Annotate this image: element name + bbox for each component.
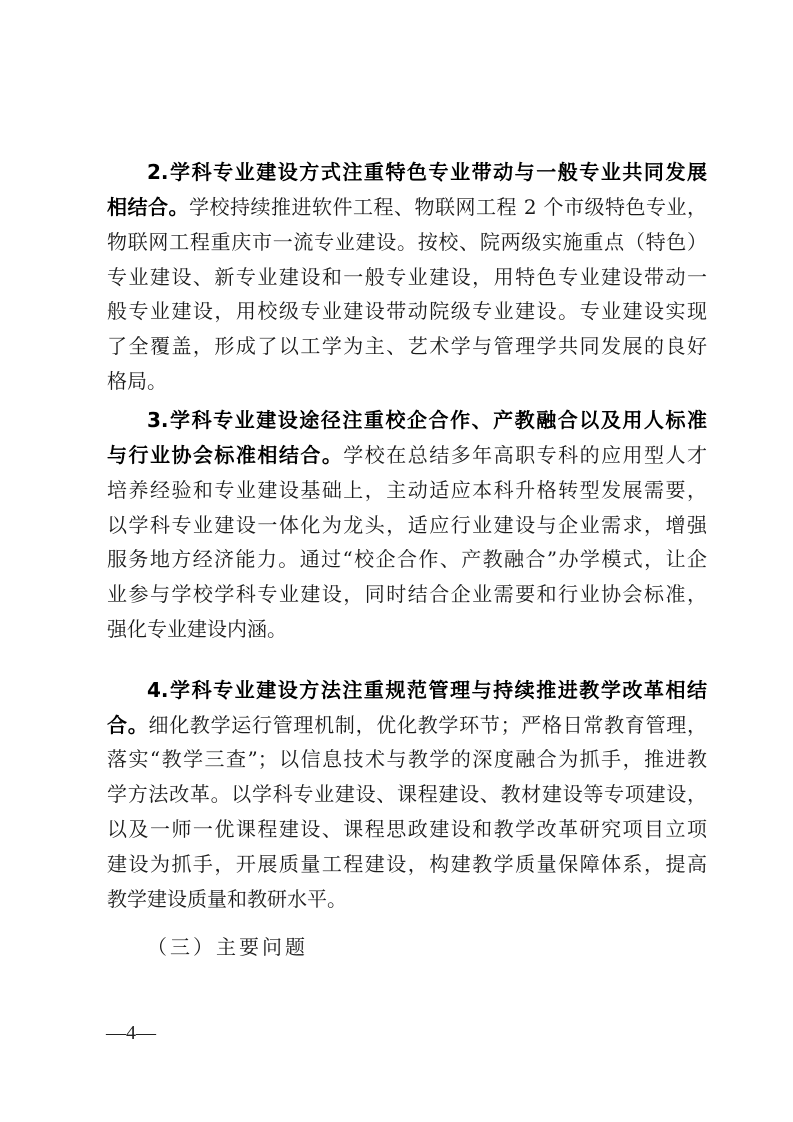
paragraph-text: 教学建设质量和教研水平。 [107, 887, 347, 911]
paragraph-text: 学校持续推进软件工程、物联网工程 2 个市级特色专业， [189, 195, 707, 219]
paragraph-text: 以及一师一优课程建设、课程思政建设和教学改革研究项目立项 [107, 817, 707, 841]
section-2-line-7: 格局。 [107, 364, 707, 398]
paragraph-text: 培养经验和专业建设基础上，主动适应本科升格转型发展需要， [107, 478, 707, 502]
section-3-line-2: 与行业协会标准相结合。学校在总结多年高职专科的应用型人才 [107, 438, 707, 472]
paragraph-text: 专业建设、新专业建设和一般专业建设，用特色专业建设带动一 [107, 265, 707, 289]
section-2-line-4: 专业建设、新专业建设和一般专业建设，用特色专业建设带动一 [107, 260, 707, 294]
section-3-line-5: 服务地方经济能力。通过“校企合作、产教融合”办学模式，让企 [107, 542, 707, 576]
section-3-line-6: 业参与学校学科专业建设，同时结合企业需要和行业协会标准， [107, 577, 707, 611]
section-3-line-4: 以学科专业建设一体化为龙头，适应行业建设与企业需求，增强 [107, 508, 707, 542]
section-heading-text: 3.学科专业建设途径注重校企合作、产教融合以及用人标准 [147, 408, 707, 432]
section-3-line-7: 强化专业建设内涵。 [107, 612, 707, 646]
section-heading-text: 2.学科专业建设方式注重特色专业带动与一般专业共同发展 [147, 160, 707, 184]
document-page: 2.学科专业建设方式注重特色专业带动与一般专业共同发展 相结合。学校持续推进软件… [0, 0, 793, 1122]
paragraph-text: 学方法改革。以学科专业建设、课程建设、教材建设等专项建设， [107, 782, 707, 806]
section-2-heading-line-1: 2.学科专业建设方式注重特色专业带动与一般专业共同发展 [147, 155, 707, 189]
paragraph-text: 细化教学运行管理机制，优化教学环节；严格日常教育管理， [148, 713, 707, 737]
paragraph-text: 服务地方经济能力。通过“校企合作、产教融合”办学模式，让企 [107, 547, 707, 571]
paragraph-text: 般专业建设，用校级专业建设带动院级专业建设。专业建设实现 [107, 299, 707, 323]
paragraph-text: 格局。 [107, 369, 167, 393]
section-4-line-3: 落实“教学三查”；以信息技术与教学的深度融合为抓手，推进教 [107, 742, 707, 776]
section-2-line-3: 物联网工程重庆市一流专业建设。按校、院两级实施重点（特色） [107, 225, 707, 259]
section-3-line-3: 培养经验和专业建设基础上，主动适应本科升格转型发展需要， [107, 473, 707, 507]
section-3-heading-line-1: 3.学科专业建设途径注重校企合作、产教融合以及用人标准 [147, 403, 707, 437]
subheading-main-problems: （三）主要问题 [147, 930, 308, 964]
section-4-heading-line-1: 4.学科专业建设方法注重规范管理与持续推进教学改革相结 [147, 673, 707, 707]
paragraph-text: 物联网工程重庆市一流专业建设。按校、院两级实施重点（特色） [107, 230, 707, 254]
paragraph-text: 了全覆盖，形成了以工学为主、艺术学与管理学共同发展的良好 [107, 334, 707, 358]
section-heading-text: 合。 [107, 713, 148, 737]
section-4-line-6: 建设为抓手，开展质量工程建设，构建教学质量保障体系，提高 [107, 847, 707, 881]
paragraph-text: 落实“教学三查”；以信息技术与教学的深度融合为抓手，推进教 [107, 747, 707, 771]
paragraph-text: 建设为抓手，开展质量工程建设，构建教学质量保障体系，提高 [107, 852, 707, 876]
section-2-line-5: 般专业建设，用校级专业建设带动院级专业建设。专业建设实现 [107, 294, 707, 328]
paragraph-text: 业参与学校学科专业建设，同时结合企业需要和行业协会标准， [107, 582, 707, 606]
section-heading-text: 相结合。 [107, 195, 189, 219]
section-4-line-2: 合。细化教学运行管理机制，优化教学环节；严格日常教育管理， [107, 708, 707, 742]
section-4-line-4: 学方法改革。以学科专业建设、课程建设、教材建设等专项建设， [107, 777, 707, 811]
section-heading-text: 4.学科专业建设方法注重规范管理与持续推进教学改革相结 [147, 678, 707, 702]
section-heading-text: 与行业协会标准相结合。 [107, 443, 343, 467]
section-2-line-6: 了全覆盖，形成了以工学为主、艺术学与管理学共同发展的良好 [107, 329, 707, 363]
paragraph-text: 以学科专业建设一体化为龙头，适应行业建设与企业需求，增强 [107, 513, 707, 537]
section-4-line-5: 以及一师一优课程建设、课程思政建设和教学改革研究项目立项 [107, 812, 707, 846]
section-4-line-7: 教学建设质量和教研水平。 [107, 882, 707, 916]
paragraph-text: 强化专业建设内涵。 [107, 617, 287, 641]
section-2-line-2: 相结合。学校持续推进软件工程、物联网工程 2 个市级特色专业， [107, 190, 707, 224]
paragraph-text: 学校在总结多年高职专科的应用型人才 [343, 443, 707, 467]
page-number: —4— [106, 1020, 156, 1046]
